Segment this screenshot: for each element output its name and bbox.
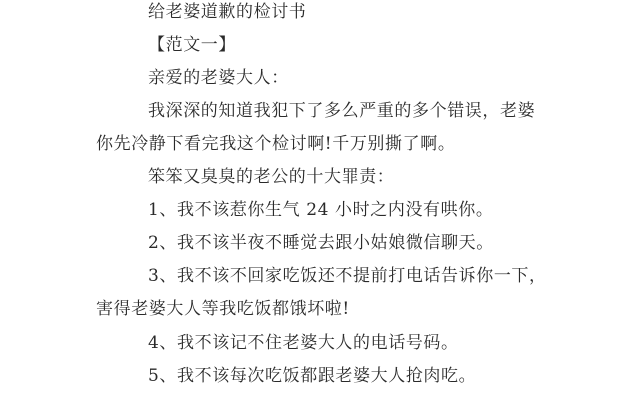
- list-item-3-continuation: 害得老婆大人等我吃饭都饿坏啦!: [96, 297, 350, 321]
- list-item-2: 2、我不该半夜不睡觉去跟小姑娘微信聊天。: [148, 231, 494, 255]
- document-title: 给老婆道歉的检讨书: [148, 0, 306, 24]
- intro-paragraph-line-2: 你先冷静下看完我这个检讨啊!千万别撕了啊。: [96, 132, 455, 156]
- list-item-4: 4、我不该记不住老婆大人的电话号码。: [148, 331, 459, 355]
- list-item-3: 3、我不该不回家吃饭还不提前打电话告诉你一下，: [148, 264, 547, 288]
- intro-paragraph-line-1: 我深深的知道我犯下了多么严重的多个错误，老婆: [148, 99, 535, 123]
- section-heading: 【范文一】: [148, 33, 236, 57]
- salutation: 亲爱的老婆大人：: [148, 66, 289, 90]
- list-item-1: 1、我不该惹你生气 24 小时之内没有哄你。: [148, 198, 493, 222]
- list-heading: 笨笨又臭臭的老公的十大罪责：: [148, 165, 394, 189]
- list-item-5: 5、我不该每次吃饭都跟老婆大人抢肉吃。: [148, 364, 476, 388]
